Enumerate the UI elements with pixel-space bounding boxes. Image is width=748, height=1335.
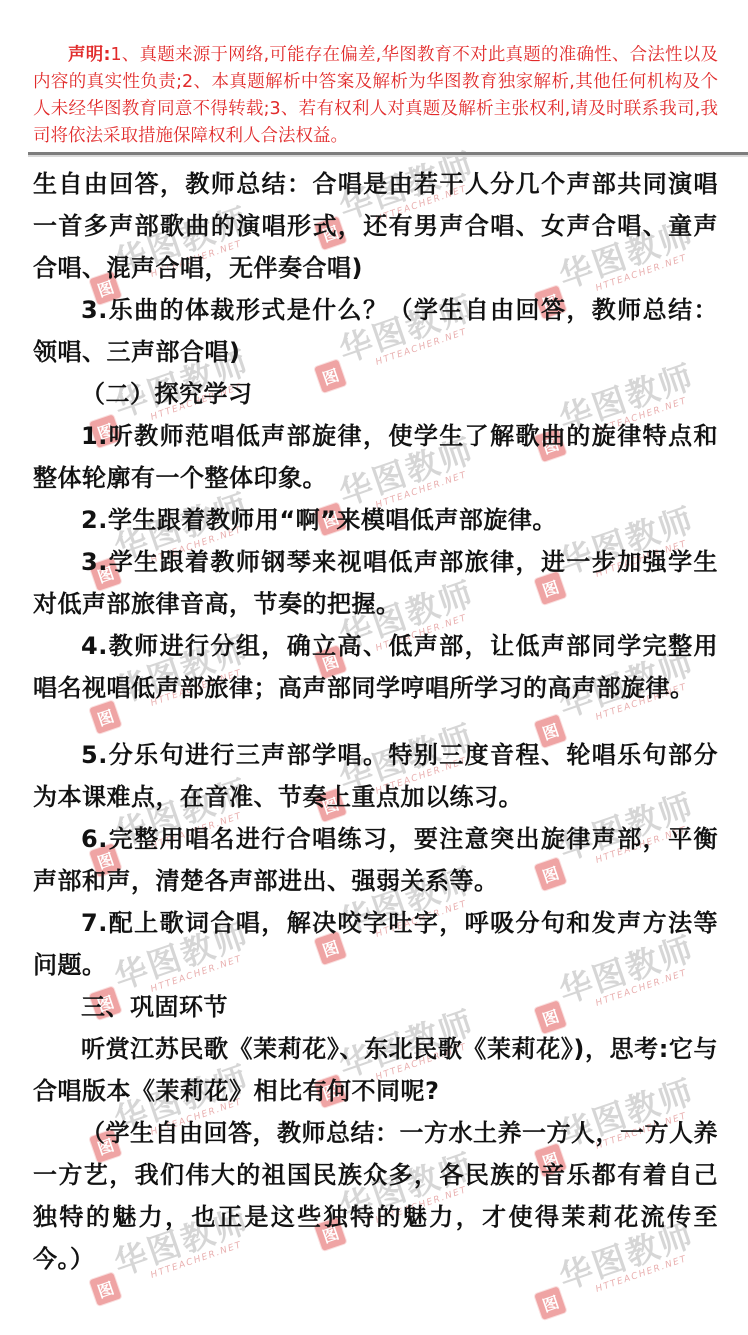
paragraph: 4.教师进行分组，确立高、低声部，让低声部同学完整用唱名视唱低声部旅律；高声部同… [33,625,718,709]
section-heading: 三、巩固环节 [33,986,718,1028]
header-divider [28,152,748,157]
paragraph: 6.完整用唱名进行合唱练习，要注意突出旋律声部，平衡声部和声，清楚各声部进出、强… [33,818,718,902]
paragraph: 5.分乐句进行三声部学唱。特别三度音程、轮唱乐句部分为本课难点，在音准、节奏上重… [33,734,718,818]
paragraph: 听赏江苏民歌《茉莉花》、东北民歌《茉莉花》)，思考:它与合唱版本《茉莉花》相比有… [33,1028,718,1112]
document-body: 生自由回答，教师总结：合唱是由若干人分几个声部共同演唱一首多声部歌曲的演唱形式，… [33,163,718,1280]
paragraph: 7.配上歌词合唱，解决咬字吐字，呼吸分句和发声方法等问题。 [33,902,718,986]
section-subheading: （二）探究学习 [33,373,718,415]
paragraph: 3.乐曲的体裁形式是什么？（学生自由回答，教师总结：领唱、三声部合唱) [33,289,718,373]
paragraph: 3.学生跟着教师钢琴来视唱低声部旅律，进一步加强学生对低声部旅律音高，节奏的把握… [33,541,718,625]
disclaimer-label: 声明: [68,45,110,65]
document-content: 声明:1、真题来源于网络,可能存在偏差,华图教育不对此真题的准确性、合法性以及内… [0,42,748,1280]
paragraph: 2.学生跟着教师用“啊”来模唱低声部旋律。 [33,499,718,541]
paragraph: 1.听教师范唱低声部旋律，使学生了解歌曲的旋律特点和整体轮廓有一个整体印象。 [33,415,718,499]
paragraph: （学生自由回答，教师总结：一方水土养一方人，一方人养一方艺，我们伟大的祖国民族众… [33,1112,718,1280]
paragraph: 生自由回答，教师总结：合唱是由若干人分几个声部共同演唱一首多声部歌曲的演唱形式，… [33,163,718,289]
huatu-logo-icon: 图 [534,1286,566,1320]
document-page: 图华图教师HTTEACHER.NET图华图教师HTTEACHER.NET图华图教… [0,0,748,1335]
disclaimer-text: 1、真题来源于网络,可能存在偏差,华图教育不对此真题的准确性、合法性以及内容的真… [33,45,718,146]
disclaimer-notice: 声明:1、真题来源于网络,可能存在偏差,华图教育不对此真题的准确性、合法性以及内… [33,42,718,150]
